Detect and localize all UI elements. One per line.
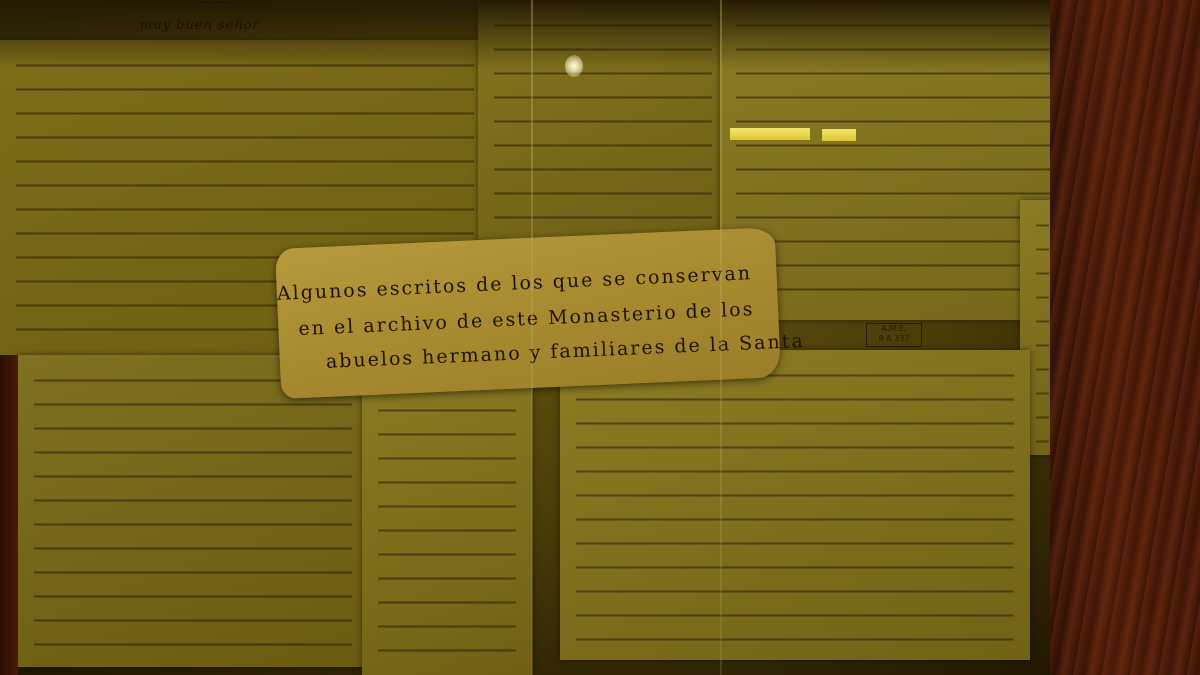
display-case-scene: muy buen señor A.M.E. 8 A 337 Algunos es… xyxy=(0,0,1200,675)
case-frame-left xyxy=(0,355,18,675)
handwriting-lines xyxy=(378,397,516,663)
stamp-line-1: A.M.E. xyxy=(867,324,921,334)
label-line: abuelos hermano y familiares de la Santa xyxy=(325,331,780,373)
top-shadow xyxy=(0,0,1060,70)
cross-mark xyxy=(200,2,230,3)
label-line: Algunos escritos de los que se conservan xyxy=(276,261,776,305)
archive-stamp: A.M.E. 8 A 337 xyxy=(866,323,922,347)
handwriting-lines xyxy=(34,367,352,655)
exhibit-label: Algunos escritos de los que se conservan… xyxy=(275,227,781,399)
glass-seam xyxy=(720,0,722,675)
manuscript-heading: muy buen señor xyxy=(140,18,260,33)
handwriting-lines xyxy=(576,362,1014,648)
bottom-right-manuscript xyxy=(560,350,1030,660)
light-reflection xyxy=(565,55,583,77)
stamp-line-2: 8 A 337 xyxy=(867,334,921,344)
bottom-middle-manuscript xyxy=(362,385,532,675)
light-reflection-bar xyxy=(730,128,810,140)
velvet-curtain xyxy=(1050,0,1200,675)
bottom-left-manuscript xyxy=(18,355,368,667)
light-reflection-bar xyxy=(822,129,856,141)
glass-seam xyxy=(531,0,533,675)
handwriting-lines xyxy=(1036,212,1049,443)
